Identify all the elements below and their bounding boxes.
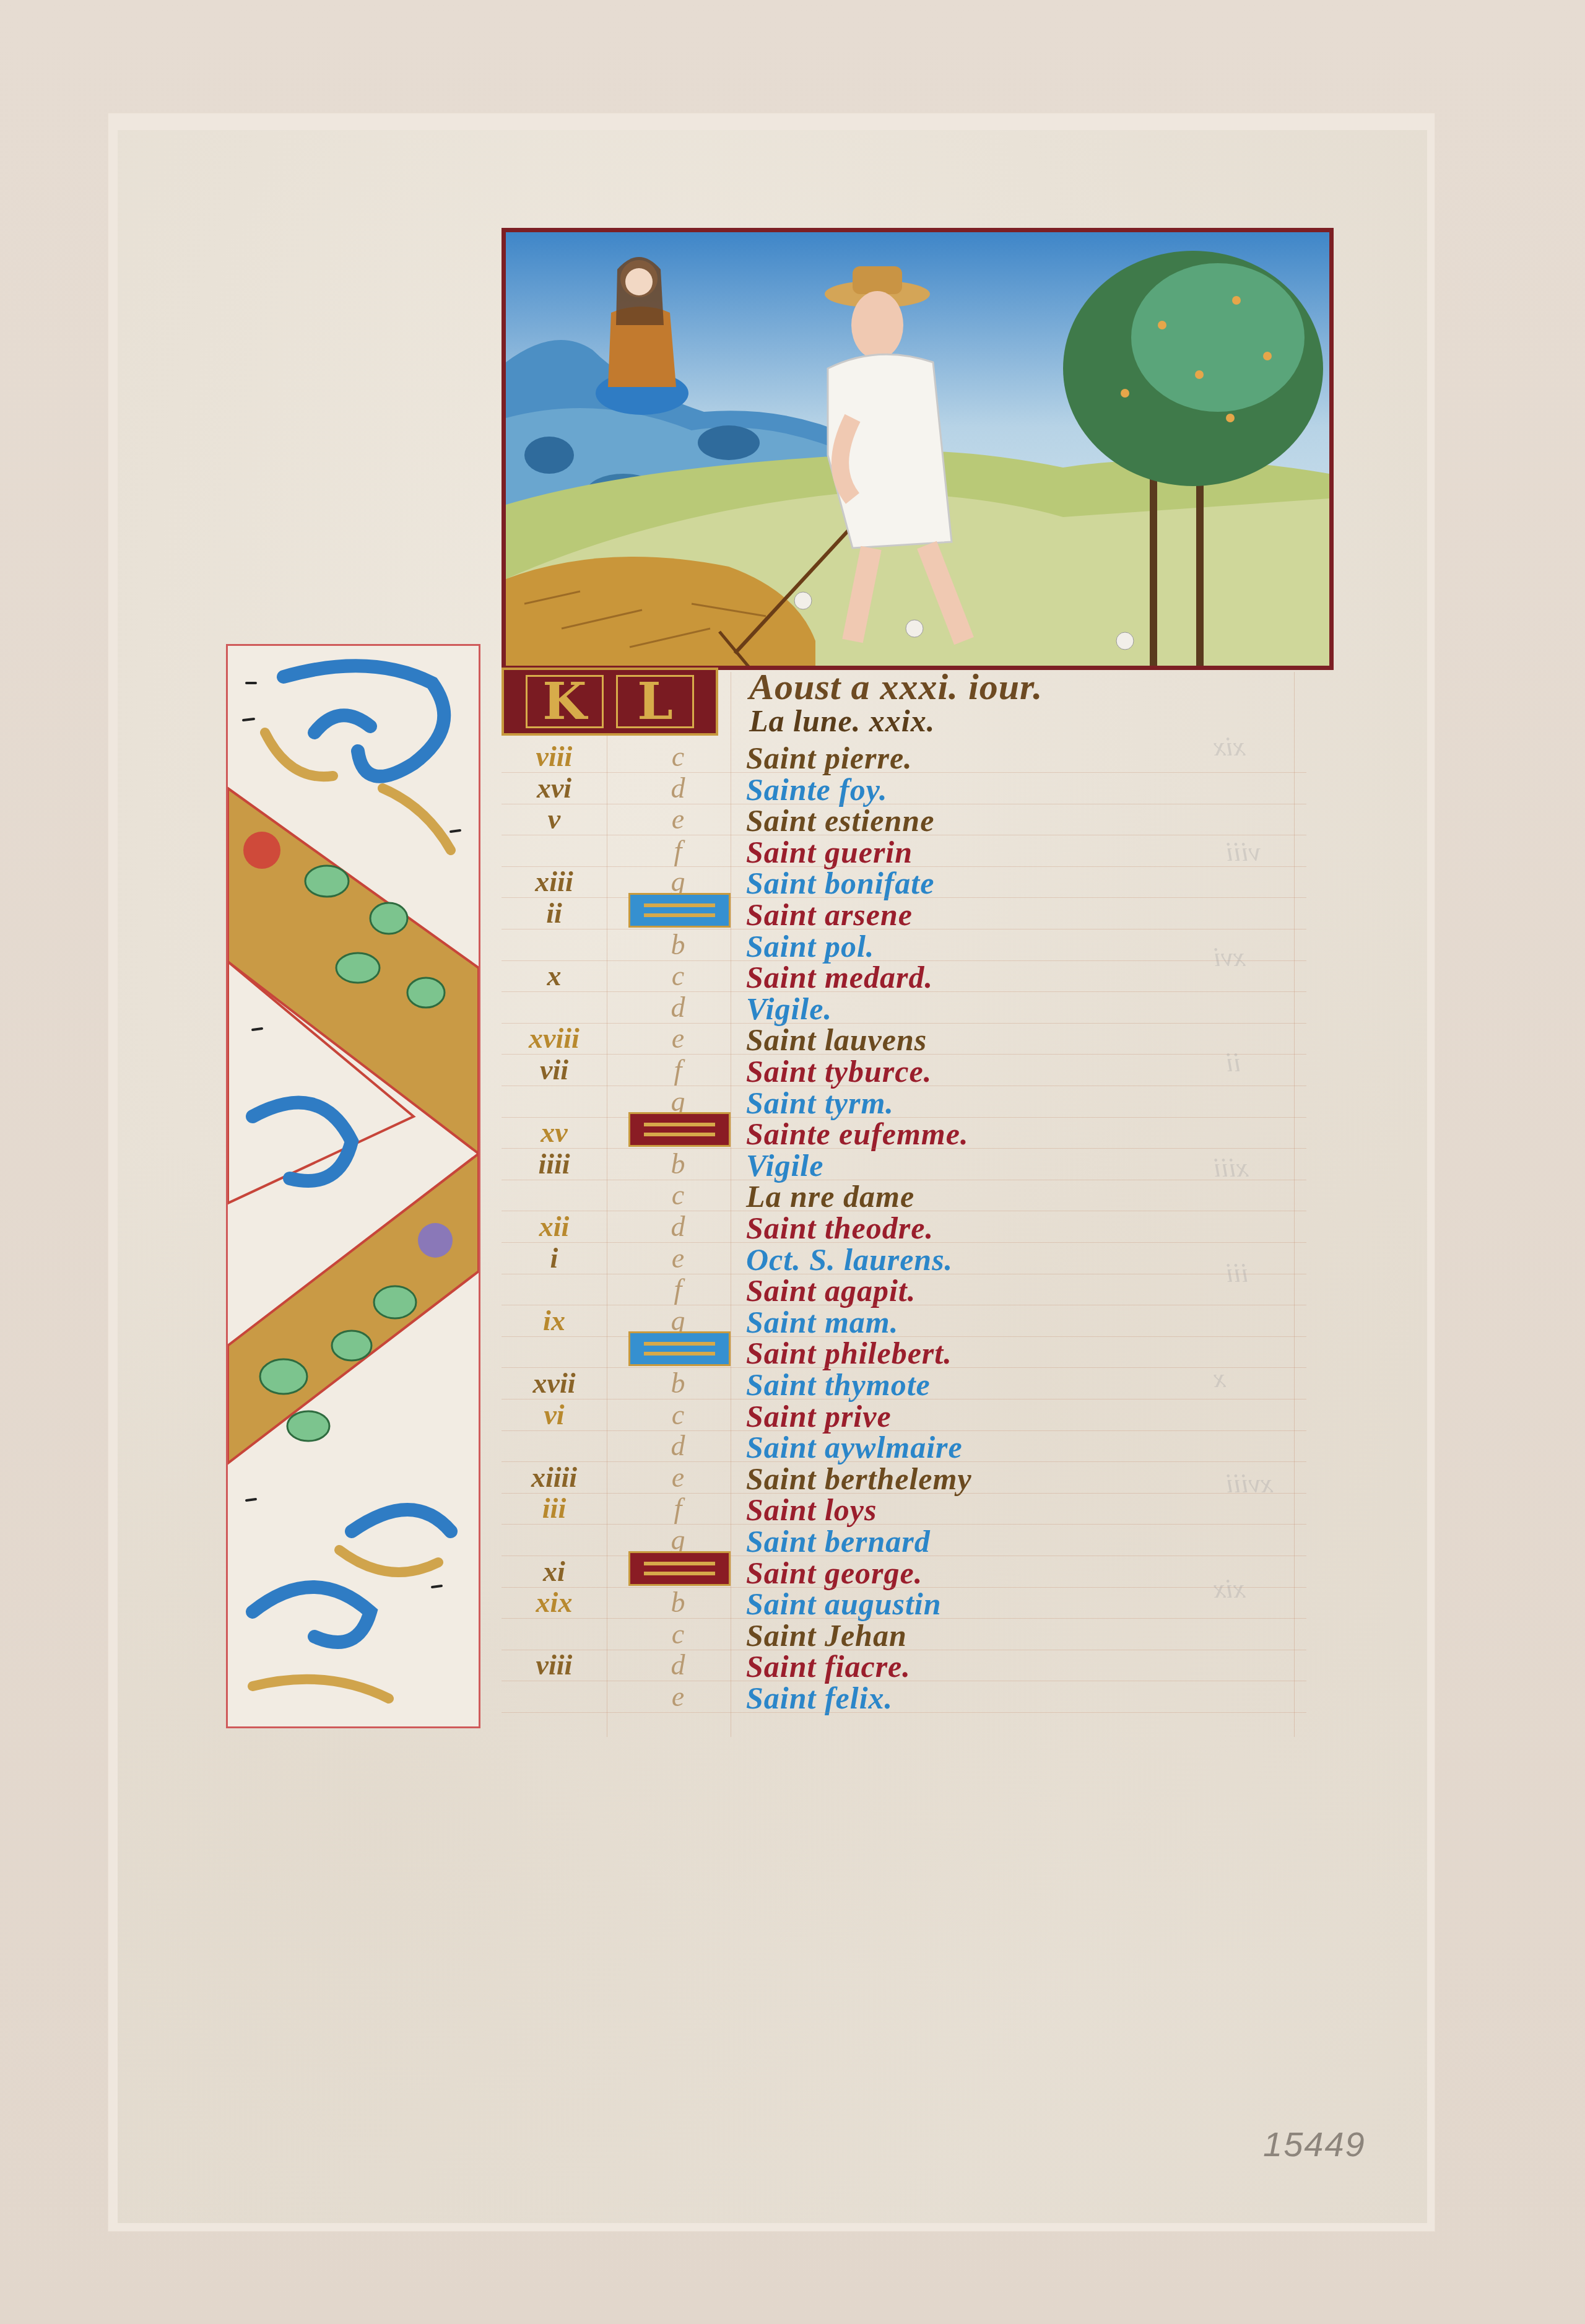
- saint-name: Saint medard.: [746, 959, 933, 995]
- saint-name: Sainte foy.: [746, 772, 888, 807]
- calendar-row: eSaint felix.: [502, 1680, 1306, 1711]
- show-through-numeral: viii: [1226, 836, 1261, 868]
- calendar-row: gSaint tyrm.: [502, 1085, 1306, 1116]
- saint-name: Saint pierre.: [746, 740, 913, 776]
- saint-name: Sainte eufemme.: [746, 1116, 968, 1152]
- ruling-line: [502, 1712, 1306, 1713]
- golden-number: xvi: [502, 772, 607, 804]
- golden-number: vii: [502, 1053, 607, 1086]
- saint-name: Saint agapit.: [746, 1273, 916, 1308]
- show-through-numeral: ii: [1226, 1047, 1241, 1078]
- calendar-row: xiiigSaint bonifate: [502, 865, 1306, 896]
- saint-name: Saint george.: [746, 1555, 923, 1591]
- sunday-letter-initial: [628, 893, 731, 928]
- saint-name: Saint pol.: [746, 928, 874, 964]
- dominical-letter: b: [659, 1586, 697, 1619]
- dominical-letter: f: [659, 1053, 697, 1086]
- calendar-row: ieOct. S. laurens.: [502, 1242, 1306, 1273]
- dominical-letter: c: [659, 1398, 697, 1431]
- golden-number: viii: [502, 740, 607, 773]
- show-through-numeral: xix: [1214, 1573, 1245, 1604]
- golden-number: xi: [502, 1555, 607, 1588]
- saint-name: Saint Jehan: [746, 1617, 907, 1653]
- show-through-numeral: xix: [1214, 731, 1245, 762]
- calendar-row: bSaint pol.: [502, 928, 1306, 959]
- miniature-harvest-scene: [502, 228, 1334, 670]
- saint-name: Saint felix.: [746, 1680, 893, 1716]
- saint-name: Saint bernard: [746, 1523, 931, 1559]
- dominical-letter: e: [659, 1461, 697, 1494]
- calendar-row: xvidSainte foy.: [502, 772, 1306, 803]
- golden-number: viii: [502, 1648, 607, 1681]
- dominical-letter: e: [659, 1242, 697, 1274]
- golden-number: xiiii: [502, 1461, 607, 1494]
- dominical-letter: c: [659, 1178, 697, 1211]
- calendar-row: xviibSaint thymote: [502, 1367, 1306, 1398]
- calendar-row: dVigile.: [502, 991, 1306, 1022]
- calendar-row: viiidSaint fiacre.: [502, 1648, 1306, 1679]
- dominical-letter: b: [659, 1147, 697, 1180]
- saint-name: Saint prive: [746, 1398, 892, 1434]
- calendar-row: fSaint guerin: [502, 834, 1306, 865]
- calendar-row: xcSaint medard.: [502, 959, 1306, 990]
- calendar-row: viifSaint tyburce.: [502, 1053, 1306, 1084]
- show-through-numeral: xviii: [1226, 1468, 1273, 1499]
- dominical-letter: b: [659, 928, 697, 961]
- dominical-letter: d: [659, 1429, 697, 1462]
- dominical-letter: d: [659, 1648, 697, 1681]
- golden-number: ix: [502, 1304, 607, 1337]
- pencil-shelfmark: 15449: [1263, 2124, 1366, 2164]
- golden-number: iii: [502, 1492, 607, 1525]
- golden-number: xviii: [502, 1022, 607, 1055]
- calendar-row: ixgSaint mam.: [502, 1304, 1306, 1335]
- calendar-row: cLa nre dame: [502, 1178, 1306, 1209]
- kl-letter-k: K: [526, 675, 604, 728]
- calendar-row: iiiibVigile: [502, 1147, 1306, 1178]
- calendar-row: iiifSaint loys: [502, 1492, 1306, 1523]
- calendar-row: fSaint agapit.: [502, 1273, 1306, 1303]
- calendar-row: viiicSaint pierre.: [502, 740, 1306, 771]
- calendar-row: cSaint Jehan: [502, 1617, 1306, 1648]
- show-through-numeral: iii: [1226, 1257, 1249, 1289]
- kl-initial: K L: [502, 668, 718, 736]
- saint-name: Saint fiacre.: [746, 1648, 911, 1684]
- kl-letter-l: L: [616, 675, 694, 728]
- saint-name: Saint arsene: [746, 897, 913, 933]
- saint-name: Saint loys: [746, 1492, 877, 1528]
- sunday-letter-initial: [628, 1331, 731, 1366]
- golden-number: xiii: [502, 865, 607, 898]
- saint-name: Saint estienne: [746, 803, 934, 838]
- saint-name: Oct. S. laurens.: [746, 1242, 953, 1277]
- dominical-letter: e: [659, 1022, 697, 1055]
- golden-number: xv: [502, 1116, 607, 1149]
- dominical-letter: c: [659, 959, 697, 992]
- saint-name: Saint theodre.: [746, 1210, 934, 1246]
- dominical-letter: c: [659, 1617, 697, 1650]
- saint-name: La nre dame: [746, 1178, 914, 1214]
- saint-name: Saint berthelemy: [746, 1461, 972, 1497]
- acanthus-border-illustration: [228, 646, 479, 1726]
- dominical-letter: e: [659, 803, 697, 835]
- saint-name: Saint bonifate: [746, 865, 934, 901]
- show-through-numeral: xiii: [1214, 1152, 1248, 1183]
- calendar-row: xviiieSaint lauvens: [502, 1022, 1306, 1053]
- dominical-letter: f: [659, 1273, 697, 1305]
- calendar-row: vicSaint prive: [502, 1398, 1306, 1429]
- dominical-letter: f: [659, 1492, 697, 1525]
- calendar-row: Saint philebert.: [502, 1335, 1306, 1366]
- calendar-row: xvSainte eufemme.: [502, 1116, 1306, 1147]
- saint-name: Saint lauvens: [746, 1022, 927, 1058]
- calendar-row: gSaint bernard: [502, 1523, 1306, 1554]
- golden-number: vi: [502, 1398, 607, 1431]
- dominical-letter: d: [659, 991, 697, 1024]
- decorated-border-panel: [226, 644, 480, 1728]
- month-heading: Aoust a xxxi. iour.: [749, 666, 1043, 708]
- golden-number: xix: [502, 1586, 607, 1619]
- show-through-numeral: xvi: [1214, 941, 1245, 973]
- saint-name: Vigile: [746, 1147, 823, 1183]
- dominical-letter: e: [659, 1680, 697, 1713]
- saint-name: Saint tyrm.: [746, 1085, 894, 1121]
- calendar-row: xixbSaint augustin: [502, 1586, 1306, 1617]
- golden-number: ii: [502, 897, 607, 929]
- moon-line: La lune. xxix.: [749, 703, 935, 739]
- sunday-letter-initial: [628, 1551, 731, 1586]
- calendar-row: xiiiieSaint berthelemy: [502, 1461, 1306, 1492]
- saint-name: Saint aywlmaire: [746, 1429, 963, 1465]
- saint-name: Saint augustin: [746, 1586, 942, 1622]
- saint-name: Vigile.: [746, 991, 832, 1027]
- saint-name: Saint guerin: [746, 834, 913, 870]
- calendar-row: xiidSaint theodre.: [502, 1210, 1306, 1241]
- golden-number: x: [502, 959, 607, 992]
- golden-number: xii: [502, 1210, 607, 1243]
- dominical-letter: f: [659, 834, 697, 867]
- harvest-miniature-illustration: [506, 232, 1329, 666]
- dominical-letter: d: [659, 1210, 697, 1243]
- sunday-letter-initial: [628, 1112, 731, 1147]
- saint-name: Saint philebert.: [746, 1335, 952, 1371]
- dominical-letter: d: [659, 772, 697, 804]
- calendar-row: veSaint estienne: [502, 803, 1306, 833]
- golden-number: i: [502, 1242, 607, 1274]
- golden-number: iiii: [502, 1147, 607, 1180]
- calendar-row: xiSaint george.: [502, 1555, 1306, 1586]
- dominical-letter: b: [659, 1367, 697, 1399]
- dominical-letter: c: [659, 740, 697, 773]
- show-through-numeral: x: [1214, 1362, 1226, 1394]
- golden-number: v: [502, 803, 607, 835]
- golden-number: xvii: [502, 1367, 607, 1399]
- calendar-row: iiSaint arsene: [502, 897, 1306, 928]
- saint-name: Saint thymote: [746, 1367, 931, 1403]
- calendar-row: dSaint aywlmaire: [502, 1429, 1306, 1460]
- saint-name: Saint tyburce.: [746, 1053, 932, 1089]
- saint-name: Saint mam.: [746, 1304, 898, 1340]
